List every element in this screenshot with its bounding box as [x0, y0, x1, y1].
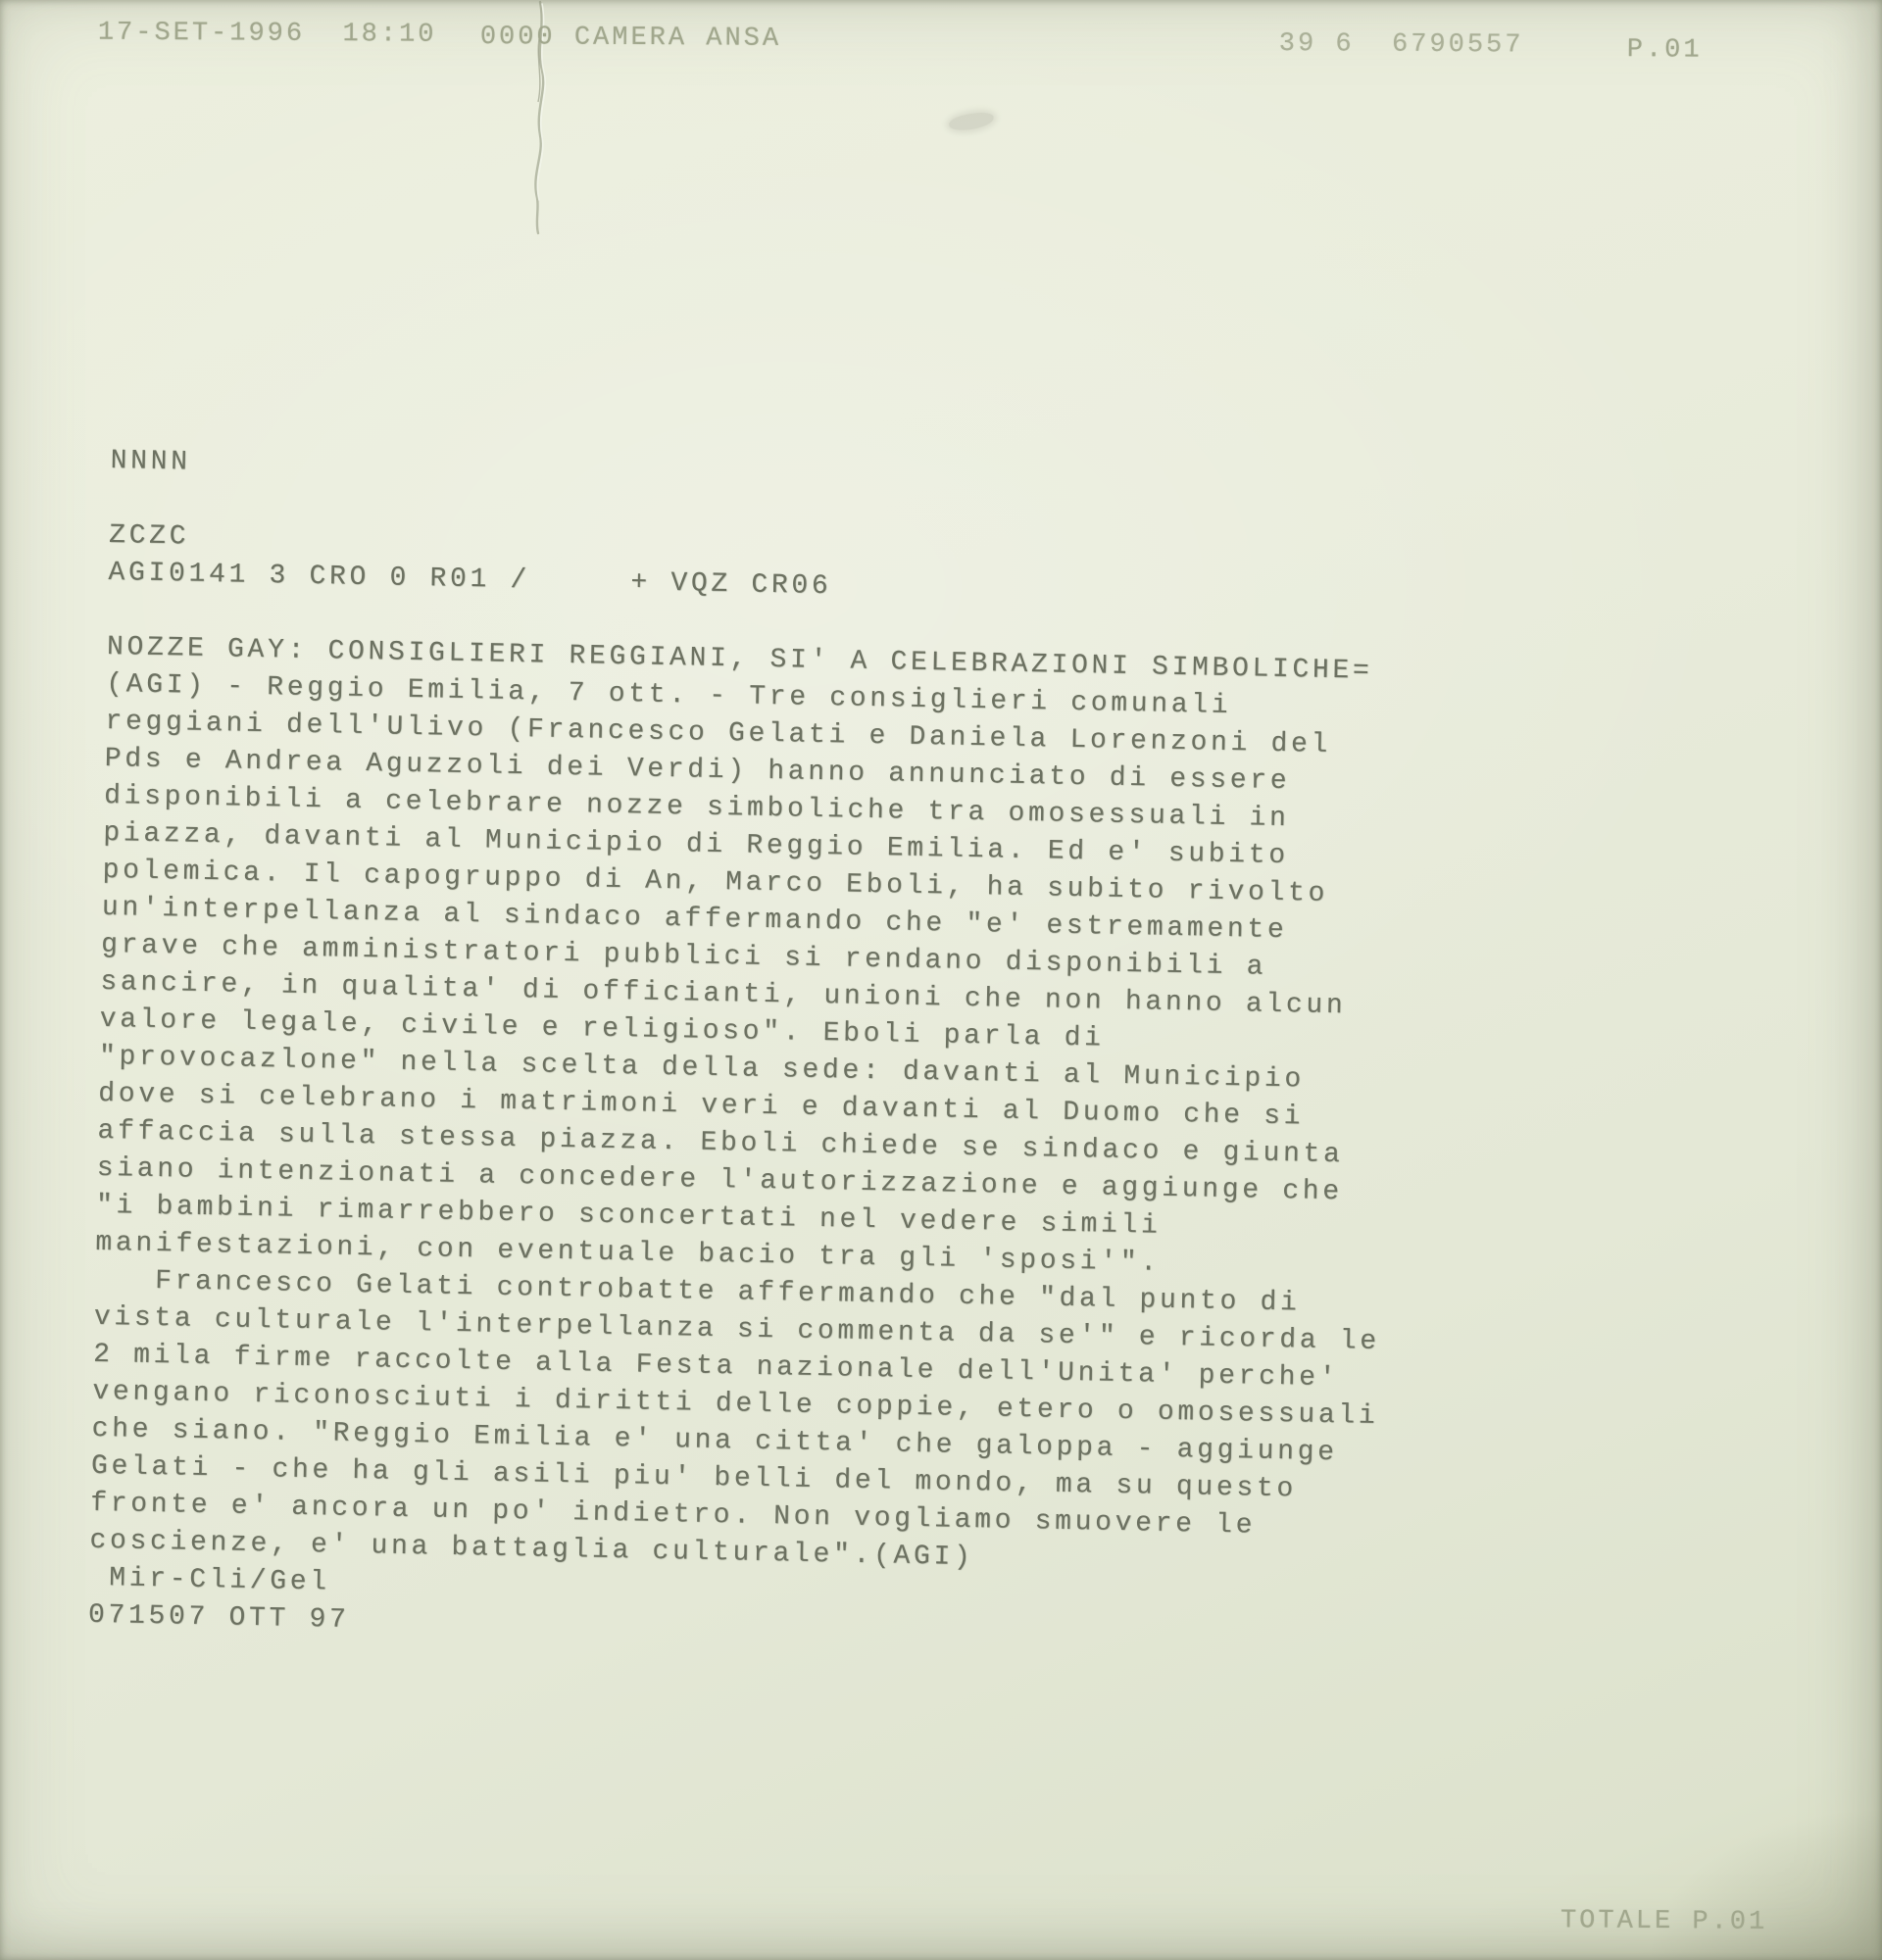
fax-footer-total-pages: TOTALE P.01 [1560, 1906, 1767, 1936]
paper-smudge [948, 111, 995, 132]
fax-header-fax-number: 39 6 6790557 [1279, 29, 1524, 61]
fax-header-datetime: 17-SET-1996 18:10 [98, 19, 437, 50]
fax-header-page-number: P.01 [1627, 35, 1703, 65]
scanned-fax-page: 17-SET-1996 18:10 0000 CAMERA ANSA 39 6 … [0, 0, 1882, 1960]
fax-transmission-header: 17-SET-1996 18:10 0000 CAMERA ANSA 39 6 … [0, 14, 1882, 84]
telex-message-text: NNNN ZCZC AGI0141 3 CRO 0 R01 / + VQZ CR… [88, 443, 1397, 1659]
fax-header-sender-id: 0000 CAMERA ANSA [480, 23, 781, 54]
